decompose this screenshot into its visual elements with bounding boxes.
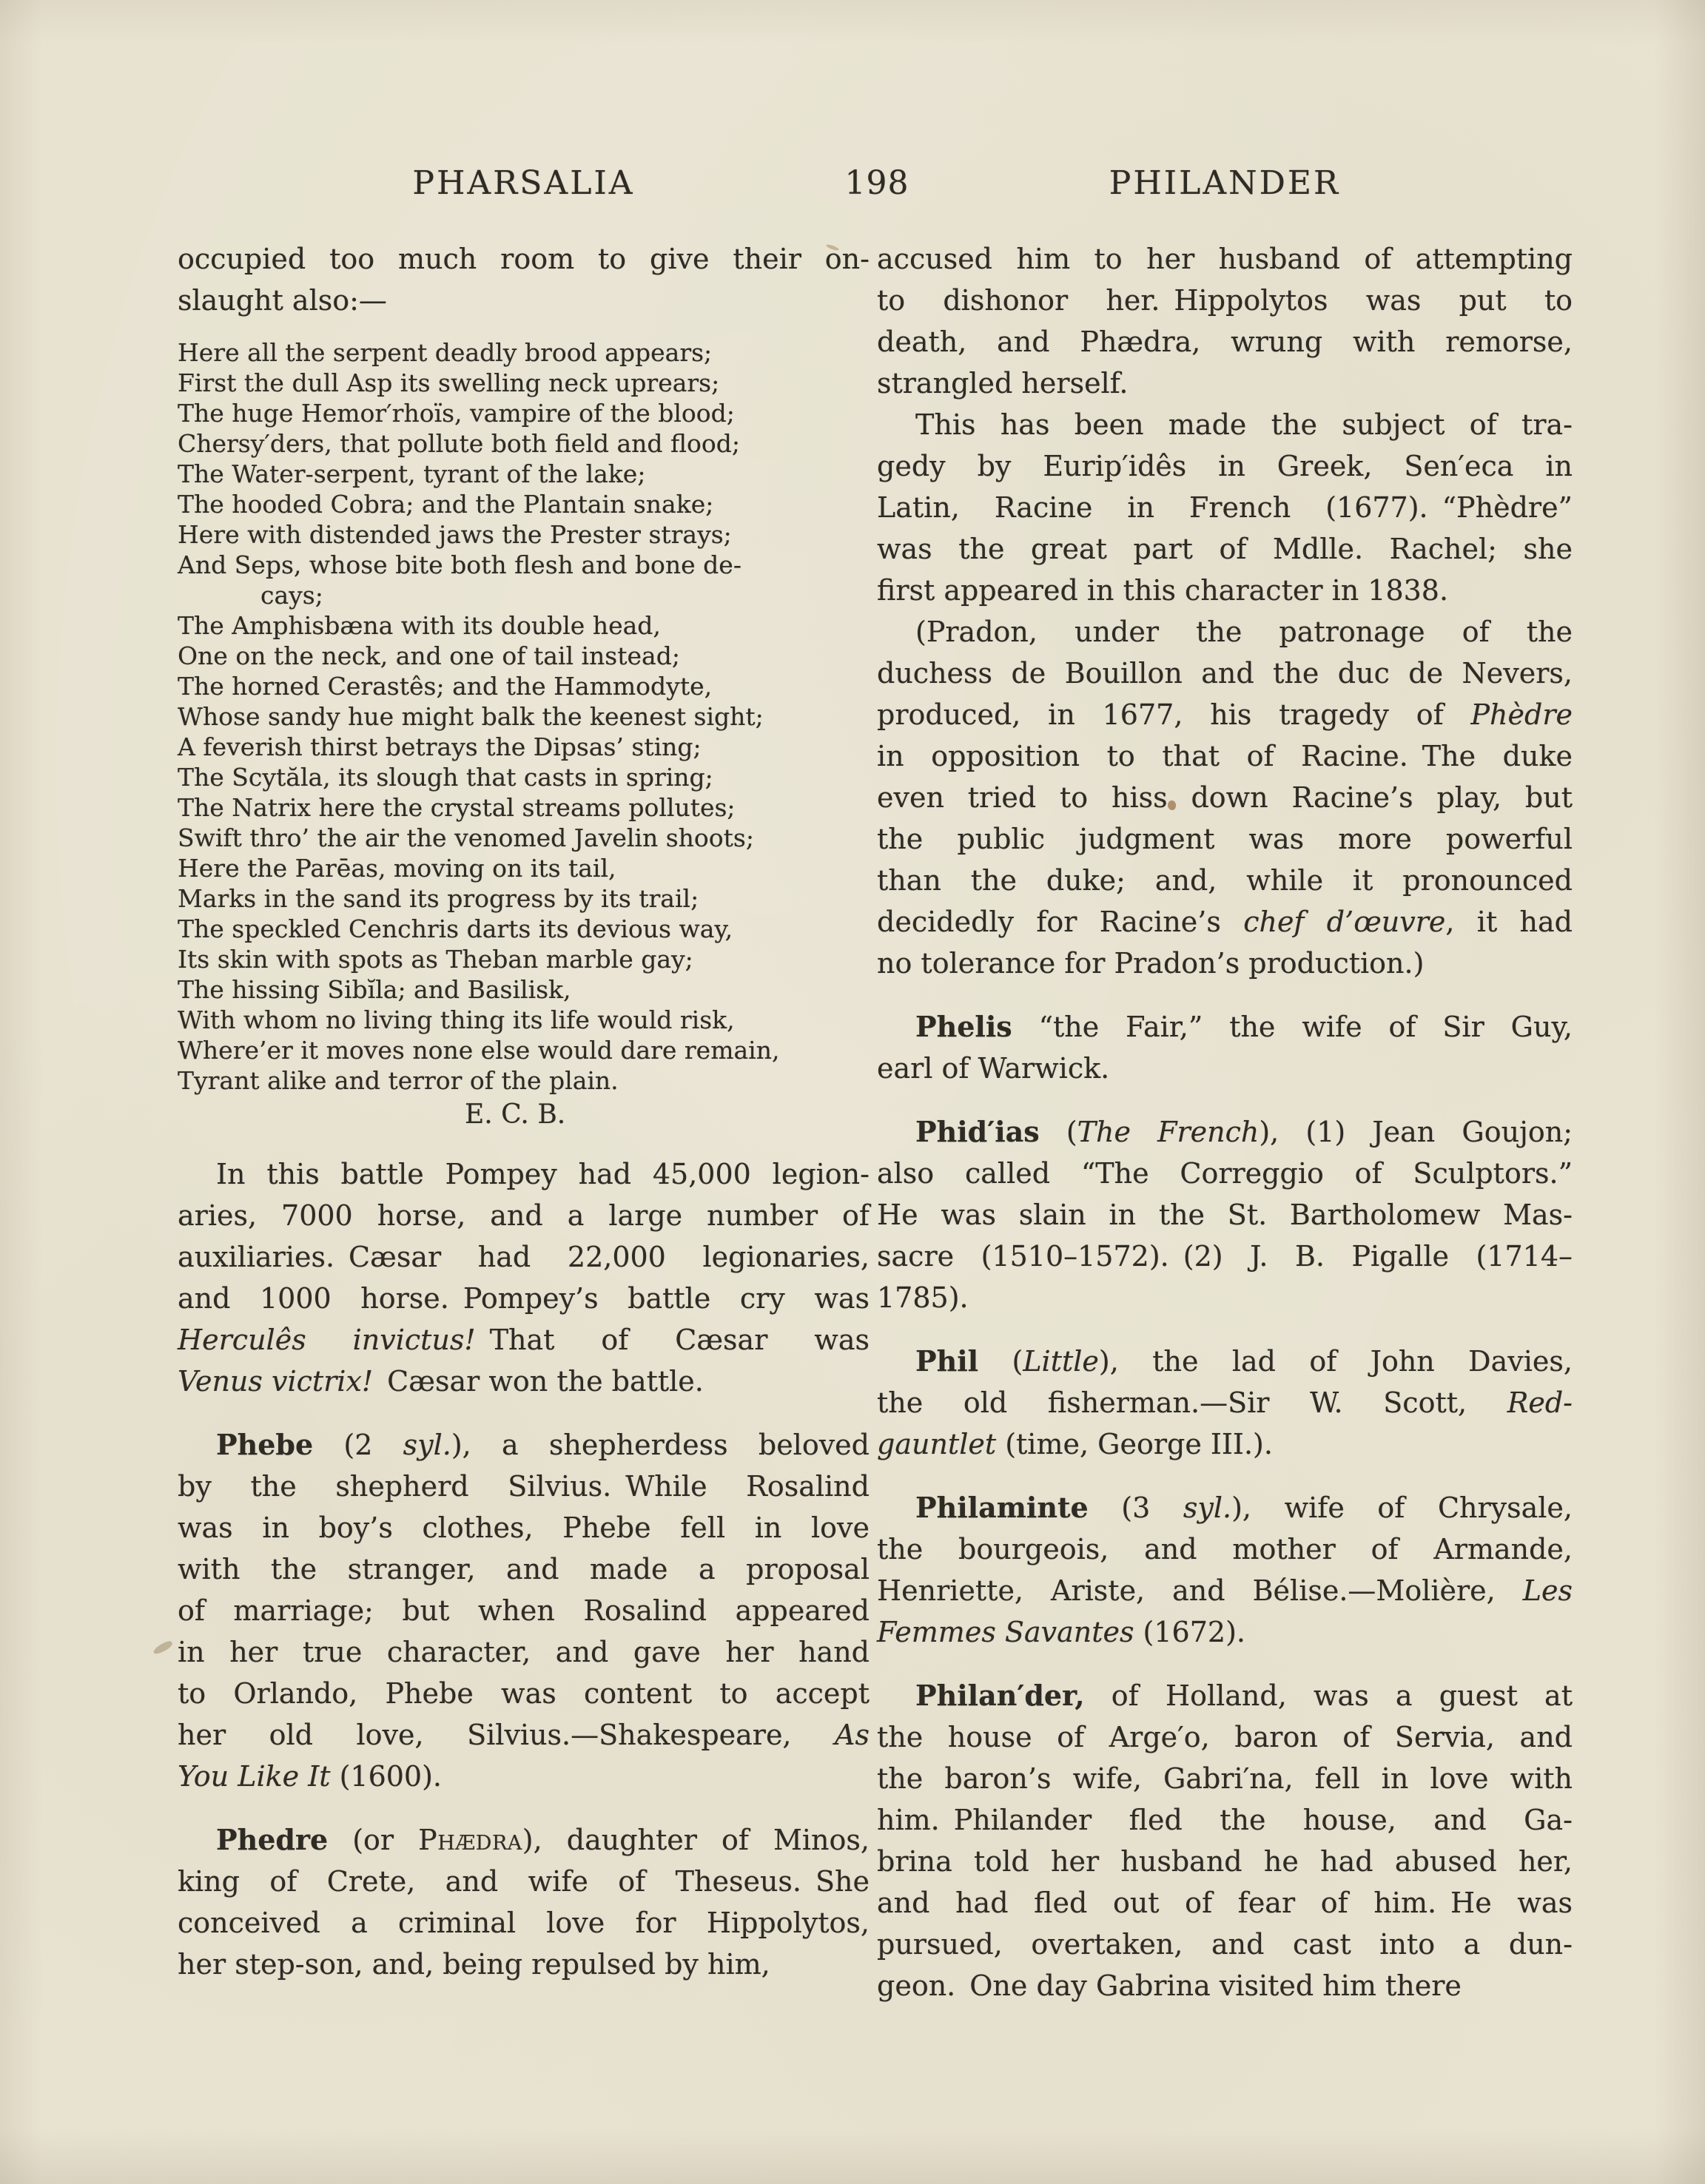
text-run: him. Philander fled the house, and Ga- bbox=[877, 1804, 1573, 1836]
poem-line: Its skin with spots as Theban marble gay… bbox=[178, 944, 870, 974]
text-run: geon. One day Gabrina visited him there bbox=[877, 1969, 1462, 2002]
text-run: in opposition to that of Racine. The duk… bbox=[877, 740, 1573, 772]
text-run: king of Crete, and wife of Theseus. She bbox=[178, 1865, 870, 1898]
text-line: He was slain in the St. Bartholomew Mas- bbox=[877, 1194, 1573, 1236]
text-line: the house of Arge′o, baron of Servia, an… bbox=[877, 1716, 1573, 1758]
text-line: Latin, Racine in French (1677). “Phèdre” bbox=[877, 487, 1573, 528]
text-run: ), daughter of Minos, bbox=[522, 1824, 870, 1856]
text-run: of marriage; but when Rosalind appeared bbox=[178, 1594, 870, 1627]
text-run: (2 bbox=[313, 1429, 403, 1461]
text-line: decidedly for Racine’s chef d’œuvre, it … bbox=[877, 901, 1573, 943]
text-run: no tolerance for Pradon’s production.) bbox=[877, 947, 1424, 980]
text-run: , it had bbox=[1445, 906, 1573, 938]
poem-line: Here with distended jaws the Prester str… bbox=[178, 519, 870, 550]
text-run: Henriette, Ariste, and Bélise.—Molière, bbox=[877, 1574, 1523, 1607]
column-right: accused him to her husband of attempting… bbox=[877, 238, 1573, 2006]
signature-line: E. C. B. bbox=[178, 1099, 870, 1131]
poem-line: First the dull Asp its swelling neck upr… bbox=[178, 368, 870, 398]
italic-run: Venus victrix! bbox=[178, 1365, 373, 1398]
text-line: geon. One day Gabrina visited him there bbox=[877, 1965, 1573, 2006]
text-line: was the great part of Mdlle. Rachel; she bbox=[877, 528, 1573, 570]
text-run: That of Cæsar was bbox=[476, 1324, 870, 1356]
text-run: (or bbox=[328, 1824, 418, 1856]
text-run: 1785). bbox=[877, 1281, 969, 1314]
poem-line: Marks in the sand its progress by its tr… bbox=[178, 883, 870, 914]
text-line: also called “The Correggio of Sculptors.… bbox=[877, 1153, 1573, 1194]
text-run: slaught also:— bbox=[178, 284, 387, 317]
entry-headword: Philan′der, bbox=[915, 1679, 1085, 1712]
text-line: You Like It (1600). bbox=[178, 1756, 870, 1797]
text-line: and 1000 horse. Pompey’s battle cry was bbox=[178, 1278, 870, 1319]
entry-headword: Phid′ias bbox=[915, 1115, 1040, 1148]
text-run: her step-son, and, being repulsed by him… bbox=[178, 1948, 770, 1981]
paragraph: Philaminte (3 syl.), wife of Chrysale,th… bbox=[877, 1487, 1573, 1653]
text-line: Henriette, Ariste, and Bélise.—Molière, … bbox=[877, 1570, 1573, 1611]
text-run: In this battle Pompey had 45,000 legion- bbox=[216, 1158, 870, 1190]
text-line: duchess de Bouillon and the duc de Never… bbox=[877, 653, 1573, 694]
text-run: ), (1) Jean Goujon; bbox=[1259, 1116, 1573, 1148]
italic-run: Herculês invictus! bbox=[178, 1324, 476, 1356]
poem-line: Swift thro’ the air the venomed Javelin … bbox=[178, 823, 870, 853]
poem-line: Where’er it moves none else would dare r… bbox=[178, 1035, 870, 1065]
text-run: decidedly for Racine’s bbox=[877, 906, 1243, 938]
poem-line: A feverish thirst betrays the Dipsas’ st… bbox=[178, 732, 870, 762]
text-run: the baron’s wife, Gabri′na, fell in love… bbox=[877, 1762, 1573, 1795]
paragraph: Philan′der, of Holland, was a guest atth… bbox=[877, 1675, 1573, 2006]
text-line: pursued, overtaken, and cast into a dun- bbox=[877, 1924, 1573, 1965]
italic-run: Femmes Savantes bbox=[877, 1616, 1134, 1648]
poem-block: Here all the serpent deadly brood appear… bbox=[178, 337, 870, 1096]
poem-line: Chersy′ders, that pollute both field and… bbox=[178, 428, 870, 459]
italic-run: syl. bbox=[1183, 1492, 1231, 1524]
poem-line: The Scytăla, its slough that casts in sp… bbox=[178, 762, 870, 792]
text-run: Cæsar won the battle. bbox=[373, 1365, 704, 1398]
text-line: Phebe (2 syl.), a shepherdess beloved bbox=[178, 1424, 870, 1466]
italic-run: chef d’œuvre bbox=[1243, 906, 1445, 938]
text-line: This has been made the subject of tra- bbox=[877, 404, 1573, 445]
poem-line: Whose sandy hue might balk the keenest s… bbox=[178, 701, 870, 732]
text-line: accused him to her husband of attempting bbox=[877, 238, 1573, 280]
text-run: (3 bbox=[1089, 1492, 1183, 1524]
text-run: “the Fair,” the wife of Sir Guy, bbox=[1012, 1011, 1573, 1043]
text-line: Venus victrix! Cæsar won the battle. bbox=[178, 1361, 870, 1402]
text-run: and 1000 horse. Pompey’s battle cry was bbox=[178, 1282, 870, 1315]
text-line: of marriage; but when Rosalind appeared bbox=[178, 1590, 870, 1631]
paragraph: Phil (Little), the lad of John Davies,th… bbox=[877, 1341, 1573, 1465]
text-run: ), a shepherdess beloved bbox=[451, 1429, 870, 1461]
text-run: the old fisherman.—Sir W. Scott, bbox=[877, 1386, 1507, 1419]
text-run: also called “The Correggio of Sculptors.… bbox=[877, 1157, 1573, 1190]
text-run: the bourgeois, and mother of Armande, bbox=[877, 1533, 1573, 1565]
text-run: ( bbox=[978, 1345, 1023, 1378]
italic-run: gauntlet bbox=[877, 1428, 996, 1460]
text-line: the old fisherman.—Sir W. Scott, Red- bbox=[877, 1382, 1573, 1423]
text-line: Philan′der, of Holland, was a guest at bbox=[877, 1675, 1573, 1716]
text-run: sacre (1510–1572). (2) J. B. Pigalle (17… bbox=[877, 1240, 1573, 1273]
text-run: and had fled out of fear of him. He was bbox=[877, 1887, 1573, 1919]
text-line: aries, 7000 horse, and a large number of bbox=[178, 1195, 870, 1236]
text-run: was in boy’s clothes, Phebe fell in love bbox=[178, 1511, 870, 1544]
text-run: (1600). bbox=[330, 1760, 442, 1793]
text-run: was the great part of Mdlle. Rachel; she bbox=[877, 533, 1573, 565]
paragraph: occupied too much room to give their on-… bbox=[178, 238, 870, 321]
text-line: produced, in 1677, his tragedy of Phèdre bbox=[877, 694, 1573, 735]
text-run: occupied too much room to give their on- bbox=[178, 243, 870, 275]
text-run: aries, 7000 horse, and a large number of bbox=[178, 1199, 870, 1232]
text-run: ), wife of Chrysale, bbox=[1231, 1492, 1573, 1524]
entry-headword: Phil bbox=[915, 1344, 978, 1378]
column-left: occupied too much room to give their on-… bbox=[178, 238, 870, 1985]
text-run: ( bbox=[1040, 1116, 1077, 1148]
text-line: conceived a criminal love for Hippolytos… bbox=[178, 1902, 870, 1944]
text-line: slaught also:— bbox=[178, 280, 870, 321]
poem-line: The Water-serpent, tyrant of the lake; bbox=[178, 459, 870, 489]
text-run: with the stranger, and made a proposal bbox=[178, 1553, 870, 1585]
text-run: auxiliaries. Cæsar had 22,000 legionarie… bbox=[178, 1241, 870, 1273]
text-run: strangled herself. bbox=[877, 367, 1129, 400]
text-line: in her true character, and gave her hand bbox=[178, 1631, 870, 1673]
italic-run: Red- bbox=[1507, 1386, 1573, 1419]
paragraph: (Pradon, under the patronage of theduche… bbox=[877, 611, 1573, 984]
text-line: first appeared in this character in 1838… bbox=[877, 570, 1573, 611]
entry-headword: Phedre bbox=[216, 1823, 328, 1856]
text-run: produced, in 1677, his tragedy of bbox=[877, 698, 1470, 731]
italic-run: Phèdre bbox=[1470, 698, 1573, 731]
text-run: than the duke; and, while it pronounced bbox=[877, 864, 1573, 897]
text-run: pursued, overtaken, and cast into a dun- bbox=[877, 1928, 1573, 1961]
text-line: the public judgment was more powerful bbox=[877, 818, 1573, 860]
entry-headword: Phebe bbox=[216, 1428, 313, 1461]
text-run: (time, George III.). bbox=[996, 1428, 1273, 1460]
text-run: This has been made the subject of tra- bbox=[915, 408, 1573, 441]
text-run: gedy by Eurip′idês in Greek, Sen′eca in bbox=[877, 450, 1573, 482]
text-line: than the duke; and, while it pronounced bbox=[877, 860, 1573, 901]
text-line: occupied too much room to give their on- bbox=[178, 238, 870, 280]
poem-line: The hooded Cobra; and the Plantain snake… bbox=[178, 489, 870, 519]
text-line: (Pradon, under the patronage of the bbox=[877, 611, 1573, 653]
text-run: Phædra bbox=[418, 1824, 522, 1856]
text-run: to dishonor her. Hippolytos was put to bbox=[877, 284, 1573, 317]
text-line: and had fled out of fear of him. He was bbox=[877, 1882, 1573, 1924]
page-header: PHARSALIA 198 PHILANDER bbox=[0, 164, 1705, 209]
poem-line: The huge Hemor′rhoïs, vampire of the blo… bbox=[178, 398, 870, 428]
text-run: duchess de Bouillon and the duc de Never… bbox=[877, 657, 1573, 690]
entry-headword: Philaminte bbox=[915, 1491, 1089, 1524]
text-line: the baron’s wife, Gabri′na, fell in love… bbox=[877, 1758, 1573, 1799]
text-line: was in boy’s clothes, Phebe fell in love bbox=[178, 1507, 870, 1548]
text-line: by the shepherd Silvius. While Rosalind bbox=[178, 1466, 870, 1507]
poem-line: Tyrant alike and terror of the plain. bbox=[178, 1065, 870, 1096]
poem-line: With whom no living thing its life would… bbox=[178, 1005, 870, 1035]
text-run: even tried to hiss down Racine’s play, b… bbox=[877, 781, 1573, 814]
poem-line: Here the Parēas, moving on its tail, bbox=[178, 853, 870, 883]
paragraph: Phedre (or Phædra), daughter of Minos,ki… bbox=[178, 1819, 870, 1985]
poem-line: The Natrix here the crystal streams poll… bbox=[178, 792, 870, 823]
poem-line: The horned Cerastês; and the Hammodyte, bbox=[178, 671, 870, 701]
paragraph: This has been made the subject of tra-ge… bbox=[877, 404, 1573, 611]
text-line: her step-son, and, being repulsed by him… bbox=[178, 1944, 870, 1985]
italic-run: Little bbox=[1023, 1345, 1099, 1378]
poem-line: One on the neck, and one of tail instead… bbox=[178, 641, 870, 671]
paragraph: Phelis “the Fair,” the wife of Sir Guy,e… bbox=[877, 1006, 1573, 1089]
poem-line: The hissing Sibĭla; and Basilisk, bbox=[178, 974, 870, 1005]
text-run: first appeared in this character in 1838… bbox=[877, 574, 1448, 607]
text-run: her old love, Silvius.—Shakespeare, bbox=[178, 1719, 835, 1751]
text-line: strangled herself. bbox=[877, 363, 1573, 404]
text-line: gauntlet (time, George III.). bbox=[877, 1423, 1573, 1465]
text-line: 1785). bbox=[877, 1277, 1573, 1318]
italic-run: As bbox=[835, 1719, 870, 1751]
text-run: the house of Arge′o, baron of Servia, an… bbox=[877, 1721, 1573, 1753]
text-line: the bourgeois, and mother of Armande, bbox=[877, 1529, 1573, 1570]
text-run: ), the lad of John Davies, bbox=[1099, 1345, 1573, 1378]
text-line: Herculês invictus! That of Cæsar was bbox=[178, 1319, 870, 1361]
text-line: even tried to hiss down Racine’s play, b… bbox=[877, 777, 1573, 818]
text-run: of Holland, was a guest at bbox=[1085, 1679, 1573, 1712]
italic-run: You Like It bbox=[178, 1760, 330, 1793]
text-line: her old love, Silvius.—Shakespeare, As bbox=[178, 1714, 870, 1756]
text-line: auxiliaries. Cæsar had 22,000 legionarie… bbox=[178, 1236, 870, 1278]
text-line: with the stranger, and made a proposal bbox=[178, 1548, 870, 1590]
text-run: brina told her husband he had abused her… bbox=[877, 1845, 1573, 1878]
text-line: In this battle Pompey had 45,000 legion- bbox=[178, 1153, 870, 1195]
poem-line: The speckled Cenchris darts its devious … bbox=[178, 914, 870, 944]
text-run: by the shepherd Silvius. While Rosalind bbox=[178, 1470, 870, 1503]
entry-headword: Phelis bbox=[915, 1010, 1012, 1043]
text-run: accused him to her husband of attempting bbox=[877, 243, 1573, 275]
text-run: He was slain in the St. Bartholomew Mas- bbox=[877, 1199, 1573, 1231]
text-run: conceived a criminal love for Hippolytos… bbox=[178, 1907, 870, 1939]
poem-line: Here all the serpent deadly brood appear… bbox=[178, 337, 870, 368]
paragraph: Phid′ias (The French), (1) Jean Goujon;a… bbox=[877, 1111, 1573, 1318]
text-run: Latin, Racine in French (1677). “Phèdre” bbox=[877, 491, 1573, 524]
text-line: in opposition to that of Racine. The duk… bbox=[877, 735, 1573, 777]
paragraph: In this battle Pompey had 45,000 legion-… bbox=[178, 1153, 870, 1402]
italic-run: syl. bbox=[403, 1429, 451, 1461]
text-run: earl of Warwick. bbox=[877, 1052, 1109, 1085]
text-line: no tolerance for Pradon’s production.) bbox=[877, 943, 1573, 984]
text-run: (1672). bbox=[1134, 1616, 1245, 1648]
text-line: Phid′ias (The French), (1) Jean Goujon; bbox=[877, 1111, 1573, 1153]
text-line: Phedre (or Phædra), daughter of Minos, bbox=[178, 1819, 870, 1861]
text-line: death, and Phædra, wrung with remorse, bbox=[877, 321, 1573, 363]
paragraph: accused him to her husband of attempting… bbox=[877, 238, 1573, 404]
text-line: gedy by Eurip′idês in Greek, Sen′eca in bbox=[877, 445, 1573, 487]
text-line: Phelis “the Fair,” the wife of Sir Guy, bbox=[877, 1006, 1573, 1048]
paper-speck bbox=[152, 1639, 173, 1656]
paragraph: Phebe (2 syl.), a shepherdess belovedby … bbox=[178, 1424, 870, 1797]
text-line: to Orlando, Phebe was content to accept bbox=[178, 1673, 870, 1714]
text-line: Phil (Little), the lad of John Davies, bbox=[877, 1341, 1573, 1382]
text-run: (Pradon, under the patronage of the bbox=[915, 616, 1573, 648]
text-run: in her true character, and gave her hand bbox=[178, 1636, 870, 1668]
text-line: sacre (1510–1572). (2) J. B. Pigalle (17… bbox=[877, 1236, 1573, 1277]
text-line: earl of Warwick. bbox=[877, 1048, 1573, 1089]
poem-line: And Seps, whose bite both flesh and bone… bbox=[178, 550, 870, 580]
italic-run: The French bbox=[1077, 1116, 1260, 1148]
running-title-right: PHILANDER bbox=[877, 164, 1573, 202]
text-run: the public judgment was more powerful bbox=[877, 823, 1573, 855]
poem-line: The Amphisbæna with its double head, bbox=[178, 610, 870, 641]
poem-line: cays; bbox=[178, 580, 870, 610]
text-line: to dishonor her. Hippolytos was put to bbox=[877, 280, 1573, 321]
book-page: PHARSALIA 198 PHILANDER occupied too muc… bbox=[0, 0, 1705, 2184]
running-title-left: PHARSALIA bbox=[178, 164, 870, 202]
text-line: brina told her husband he had abused her… bbox=[877, 1841, 1573, 1882]
text-line: king of Crete, and wife of Theseus. She bbox=[178, 1861, 870, 1902]
text-run: death, and Phædra, wrung with remorse, bbox=[877, 326, 1573, 358]
text-line: Philaminte (3 syl.), wife of Chrysale, bbox=[877, 1487, 1573, 1529]
text-run: to Orlando, Phebe was content to accept bbox=[178, 1677, 870, 1710]
text-line: Femmes Savantes (1672). bbox=[877, 1611, 1573, 1653]
italic-run: Les bbox=[1523, 1574, 1573, 1607]
text-line: him. Philander fled the house, and Ga- bbox=[877, 1799, 1573, 1841]
